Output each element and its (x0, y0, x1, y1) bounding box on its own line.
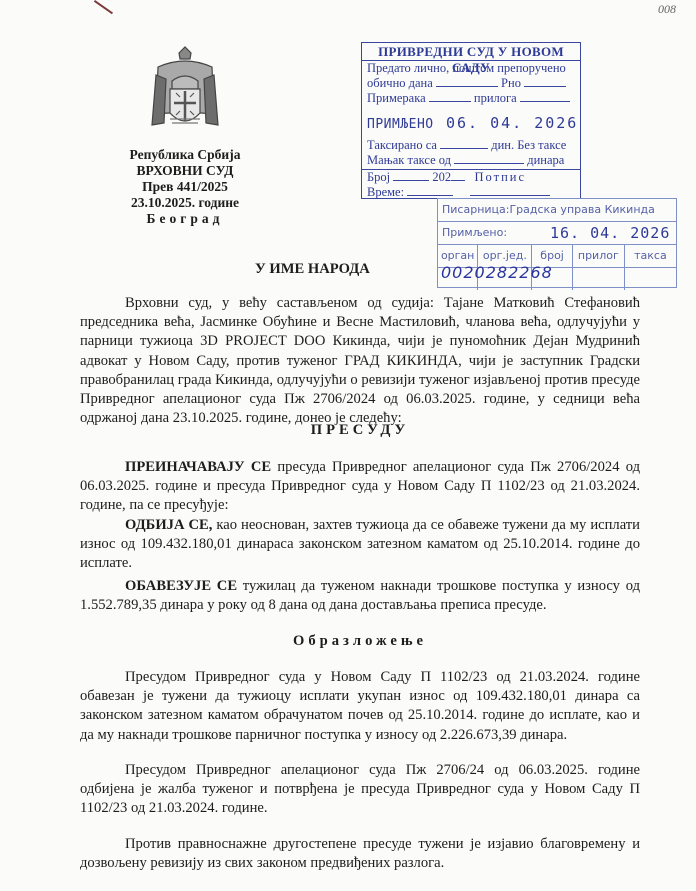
received-stamp: ПРИВРЕДНИ СУД У НОВОМ САДУ Предато лично… (361, 42, 581, 199)
registry-title: Писарница:Градска управа Кикинда (438, 199, 676, 222)
verdict-paragraph-obligate: ОБАВЕЗУЈЕ СЕ тужилац да туженом накнади … (80, 577, 640, 615)
verdict-keyword: ПРЕИНАЧАВАЈУ СЕ (125, 459, 271, 475)
stamp-tax-line: Таксирано са дин. Без таксе (362, 138, 580, 153)
page-number-mark: 008 (658, 2, 676, 17)
stamp-delivery-line: Предато лично, поштом препоручено (362, 61, 580, 76)
stamp-number-line: Број 202 Потпис (362, 170, 580, 185)
court-header: Република Србија ВРХОВНИ СУД Прев 441/20… (95, 45, 275, 227)
verdict-keyword: ОБАВЕЗУЈЕ СЕ (125, 578, 237, 594)
stamp-received-line: ПРИМЉЕНО 06. 04. 2026 (362, 114, 580, 132)
stamp-signature-label: Потпис (475, 170, 527, 184)
stamp-label: Примерака (367, 91, 426, 105)
verdict-keyword: ОДБИЈА СЕ, (125, 517, 212, 533)
case-number: Прев 441/2025 (95, 179, 275, 195)
stamp-label: дин. Без таксе (491, 138, 566, 152)
registry-received-label: Примљено: (442, 226, 507, 239)
heading-in-the-name-of-people: У ИМЕ НАРОДА (255, 260, 640, 279)
stamp-received-label: ПРИМЉЕНО (367, 117, 434, 132)
stamp-label: прилога (474, 91, 517, 105)
stamp-label: динара (527, 153, 564, 167)
reasoning-paragraph-3: Против правноснажне другостепене пресуде… (80, 835, 640, 873)
reasoning-paragraph-2: Пресудом Привредног апелационог суда Пж … (80, 761, 640, 819)
country-name: Република Србија (95, 147, 275, 163)
verdict-paragraph-reject: ОДБИЈА СЕ, као неоснован, захтев тужиоца… (80, 516, 640, 574)
verdict-paragraph-modify: ПРЕИНАЧАВАЈУ СЕ пресуда Привредног апела… (80, 458, 640, 516)
stamp-tax-shortfall-line: Мањак таксе од динара (362, 153, 580, 168)
reasoning-heading: Образложење (80, 632, 640, 651)
registry-received-line: Примљено: 16. 04. 2026 (438, 222, 676, 245)
stamp-date-line: обично дана Рно (362, 76, 580, 91)
registry-received-date: 16. 04. 2026 (550, 222, 670, 244)
coat-of-arms-icon (150, 45, 220, 145)
reasoning-paragraph-1: Пресудом Привредног суда у Новом Саду П … (80, 668, 640, 745)
stamp-year: 202 (432, 170, 451, 184)
stamp-label: Мањак таксе од (367, 153, 451, 167)
verdict-heading: ПРЕСУДУ (80, 421, 640, 440)
stamp-label: Таксирано са (367, 138, 437, 152)
intro-paragraph: Врховни суд, у већу састављеном од судиј… (80, 294, 640, 428)
pen-mark (94, 0, 113, 14)
city: Београд (95, 211, 275, 227)
stamp-label: Број (367, 170, 390, 184)
court-name: ВРХОВНИ СУД (95, 163, 275, 179)
stamp-label: обично дана (367, 76, 433, 90)
stamp-court-title: ПРИВРЕДНИ СУД У НОВОМ САДУ (362, 43, 580, 61)
stamp-received-date: 06. 04. 2026 (446, 114, 578, 132)
stamp-label: Рно (501, 76, 521, 90)
document-date: 23.10.2025. године (95, 195, 275, 211)
stamp-label: Време: (367, 185, 404, 199)
stamp-copies-line: Примерака прилога (362, 91, 580, 106)
